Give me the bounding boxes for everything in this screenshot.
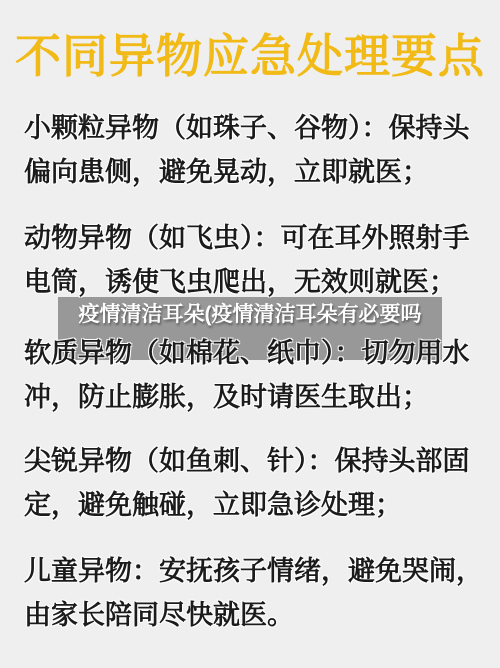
tip-line: 软质异物（如棉花、纸巾）：切勿用水 [24,338,470,368]
page-title: 不同异物应急处理要点 [0,28,500,84]
tip-line: 小颗粒异物（如珠子、谷物）：保持头 [24,113,470,143]
tip-paragraph-soft: 软质异物（如棉花、纸巾）：切勿用水 冲，防止膨胀，及时请医生取出； [24,331,486,419]
tip-line: 冲，防止膨胀，及时请医生取出； [24,382,429,412]
tip-line: 儿童异物：安抚孩子情绪，避免哭闹， [24,556,483,586]
tip-line: 电筒，诱使飞虫爬出，无效则就医； [24,267,456,297]
infographic-page: 不同异物应急处理要点 疫情清洁耳朵(疫情清洁耳朵有必要吗 小颗粒异物（如珠子、谷… [0,0,500,668]
tip-paragraph-child: 儿童异物：安抚孩子情绪，避免哭闹， 由家长陪同尽快就医。 [24,549,486,637]
tip-line: 定，避免触碰，立即急诊处理； [24,490,402,520]
tip-paragraph-animal: 动物异物（如飞虫）：可在耳外照射手 电筒，诱使飞虫爬出，无效则就医； [24,216,486,304]
tip-line: 由家长陪同尽快就医。 [24,600,294,630]
tip-line: 偏向患侧，避免晃动，立即就医； [24,157,429,187]
tip-paragraph-sharp: 尖锐异物（如鱼刺、针）：保持头部固 定，避免触碰，立即急诊处理； [24,439,486,527]
tip-paragraph-small-particle: 小颗粒异物（如珠子、谷物）：保持头 偏向患侧，避免晃动，立即就医； [24,106,486,194]
tip-line: 动物异物（如飞虫）：可在耳外照射手 [24,223,470,253]
tip-line: 尖锐异物（如鱼刺、针）：保持头部固 [24,446,470,476]
